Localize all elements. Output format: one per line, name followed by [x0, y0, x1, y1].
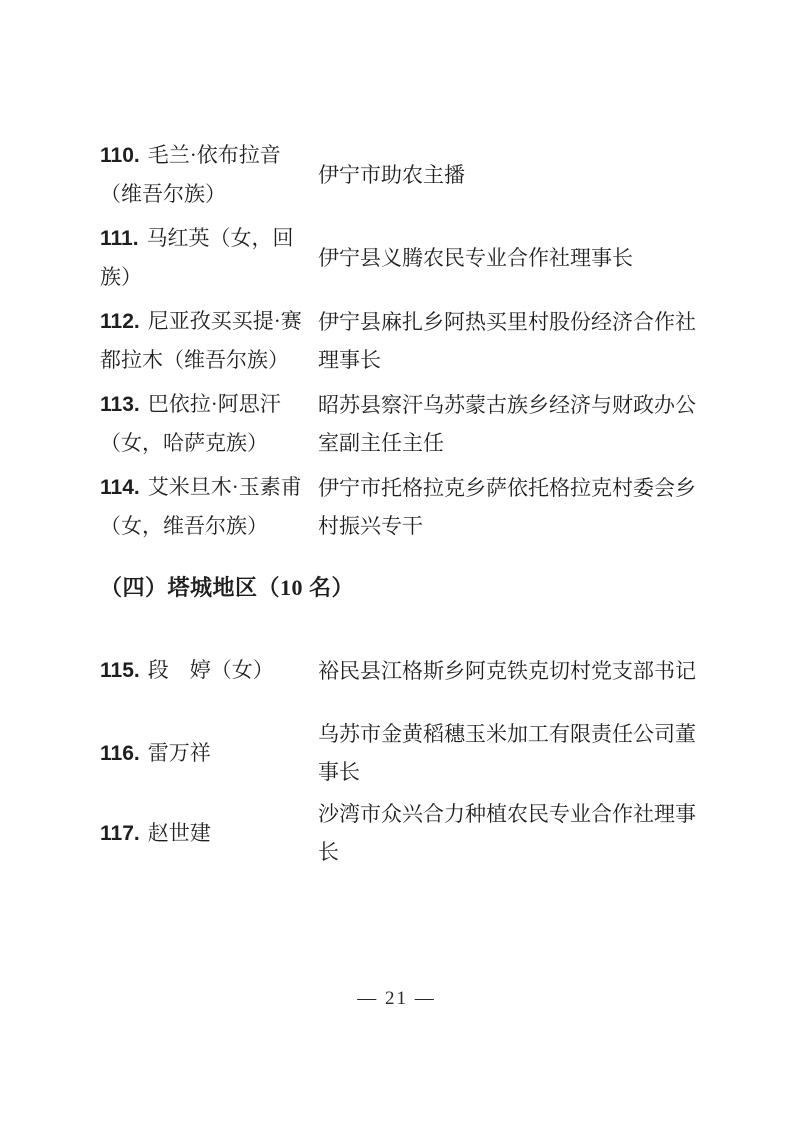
- list-entry: 113.巴依拉·阿思汗（女，哈萨克族） 昭苏县察汗乌苏蒙古族乡经济与财政办公室副…: [100, 385, 708, 462]
- list-entry: 116.雷万祥 乌苏市金黄稻穗玉米加工有限责任公司董事长: [100, 715, 708, 791]
- entry-title: 昭苏县察汗乌苏蒙古族乡经济与财政办公室副主任主任: [318, 386, 706, 462]
- entry-number: 110.: [100, 144, 140, 167]
- entry-name: 段 婷（女）: [148, 658, 274, 682]
- list-entry: 117.赵世建 沙湾市众兴合力种植农民专业合作社理事长: [100, 795, 708, 871]
- entry-number: 113.: [100, 393, 140, 416]
- section-heading: （四）塔城地区（10 名）: [100, 569, 708, 607]
- entry-title: 乌苏市金黄稻穗玉米加工有限责任公司董事长: [318, 715, 706, 791]
- entry-name-cell: 115.段 婷（女）: [100, 651, 318, 690]
- entry-list-ili-section: 110.毛兰·依布拉音（维吾尔族） 伊宁市助农主播 111.马红英（女，回族） …: [100, 136, 708, 545]
- entry-name-cell: 112.尼亚孜买买提·赛都拉木（维吾尔族）: [100, 302, 318, 379]
- list-entry: 110.毛兰·依布拉音（维吾尔族） 伊宁市助农主播: [100, 136, 708, 213]
- entry-title: 沙湾市众兴合力种植农民专业合作社理事长: [318, 795, 706, 871]
- document-content: 110.毛兰·依布拉音（维吾尔族） 伊宁市助农主播 111.马红英（女，回族） …: [0, 0, 793, 871]
- document-page: 110.毛兰·依布拉音（维吾尔族） 伊宁市助农主播 111.马红英（女，回族） …: [0, 0, 793, 1121]
- entry-title: 伊宁市托格拉克乡萨依托格拉克村委会乡村振兴专干: [318, 469, 706, 545]
- entry-name: 雷万祥: [148, 741, 211, 765]
- page-number: — 21 —: [0, 988, 793, 1010]
- entry-number: 114.: [100, 476, 140, 499]
- entry-name-cell: 117.赵世建: [100, 814, 318, 853]
- list-entry: 114.艾米旦木·玉素甫（女，维吾尔族） 伊宁市托格拉克乡萨依托格拉克村委会乡村…: [100, 468, 708, 545]
- entry-number: 111.: [100, 227, 139, 250]
- entry-title: 伊宁县麻扎乡阿热买里村股份经济合作社理事长: [318, 303, 706, 379]
- entry-title: 伊宁县义腾农民专业合作社理事长: [318, 239, 706, 277]
- entry-number: 112.: [100, 310, 140, 333]
- entry-number: 116.: [100, 742, 140, 765]
- entry-name-cell: 114.艾米旦木·玉素甫（女，维吾尔族）: [100, 468, 318, 545]
- entry-number: 117.: [100, 822, 140, 845]
- entry-number: 115.: [100, 659, 140, 682]
- entry-name-cell: 116.雷万祥: [100, 734, 318, 773]
- entry-name-cell: 113.巴依拉·阿思汗（女，哈萨克族）: [100, 385, 318, 462]
- entry-name-cell: 110.毛兰·依布拉音（维吾尔族）: [100, 136, 318, 213]
- list-entry: 115.段 婷（女） 裕民县江格斯乡阿克铁克切村党支部书记: [100, 651, 708, 690]
- list-entry: 111.马红英（女，回族） 伊宁县义腾农民专业合作社理事长: [100, 219, 708, 296]
- entry-name: 赵世建: [148, 821, 211, 845]
- entry-list-tacheng-section: 115.段 婷（女） 裕民县江格斯乡阿克铁克切村党支部书记 116.雷万祥 乌苏…: [100, 651, 708, 871]
- entry-title: 裕民县江格斯乡阿克铁克切村党支部书记: [318, 652, 706, 690]
- entry-title: 伊宁市助农主播: [318, 156, 706, 194]
- entry-name-cell: 111.马红英（女，回族）: [100, 219, 318, 296]
- list-entry: 112.尼亚孜买买提·赛都拉木（维吾尔族） 伊宁县麻扎乡阿热买里村股份经济合作社…: [100, 302, 708, 379]
